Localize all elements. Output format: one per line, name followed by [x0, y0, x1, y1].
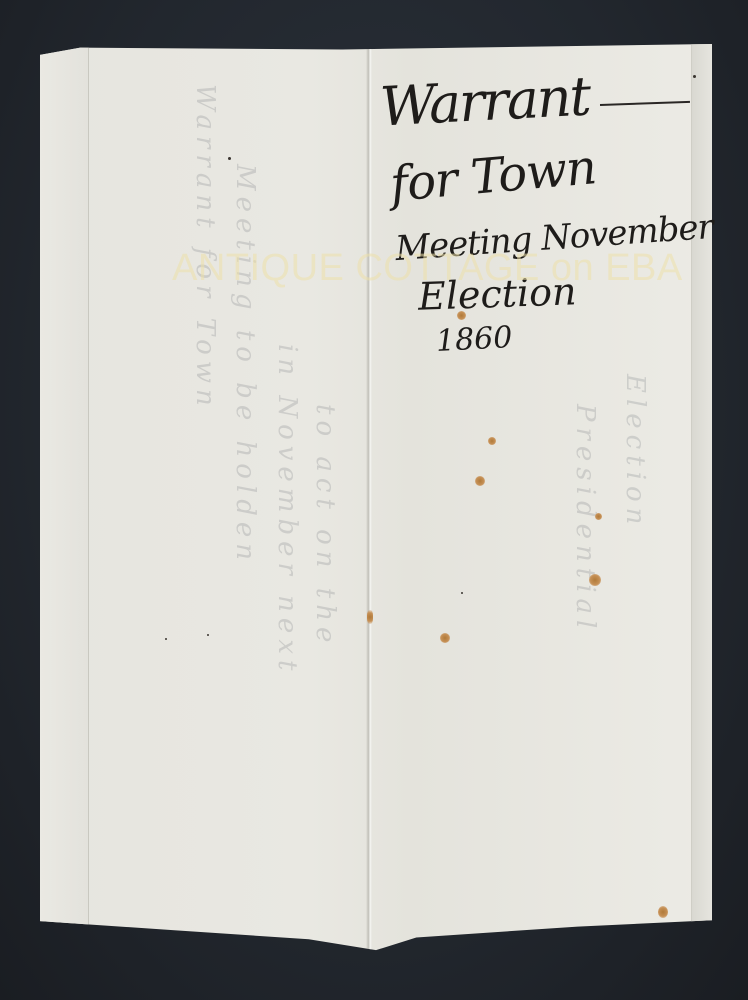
right-edge-fold: [691, 44, 712, 952]
bleed-through-text: Election: [620, 374, 650, 530]
foxing-stain: [457, 311, 466, 320]
foxing-stain: [367, 610, 373, 624]
bleed-through-text: to act on the: [310, 404, 340, 648]
ink-speck: [165, 638, 167, 640]
docket-line-year: 1860: [435, 320, 513, 359]
ink-speck: [228, 157, 231, 160]
foxing-stain: [595, 513, 602, 520]
ink-speck: [461, 592, 463, 594]
foxing-stain: [658, 906, 668, 918]
left-margin-fold: [40, 44, 89, 952]
folded-document: Warrant for Town Meeting to be holden in…: [40, 44, 712, 952]
center-fold-crease: [366, 44, 372, 952]
ink-speck: [693, 75, 696, 78]
foxing-stain: [475, 476, 485, 486]
bleed-through-text: in November next: [272, 344, 302, 676]
bleed-through-text: Meeting to be holden: [230, 164, 260, 566]
foxing-stain: [488, 437, 496, 445]
foxing-stain: [589, 574, 601, 586]
docket-line-warrant: Warrant: [378, 65, 590, 139]
foxing-stain: [440, 633, 450, 643]
ink-speck: [207, 634, 209, 636]
seller-watermark: ANTIQUE COTTAGE on EBA: [172, 247, 683, 290]
